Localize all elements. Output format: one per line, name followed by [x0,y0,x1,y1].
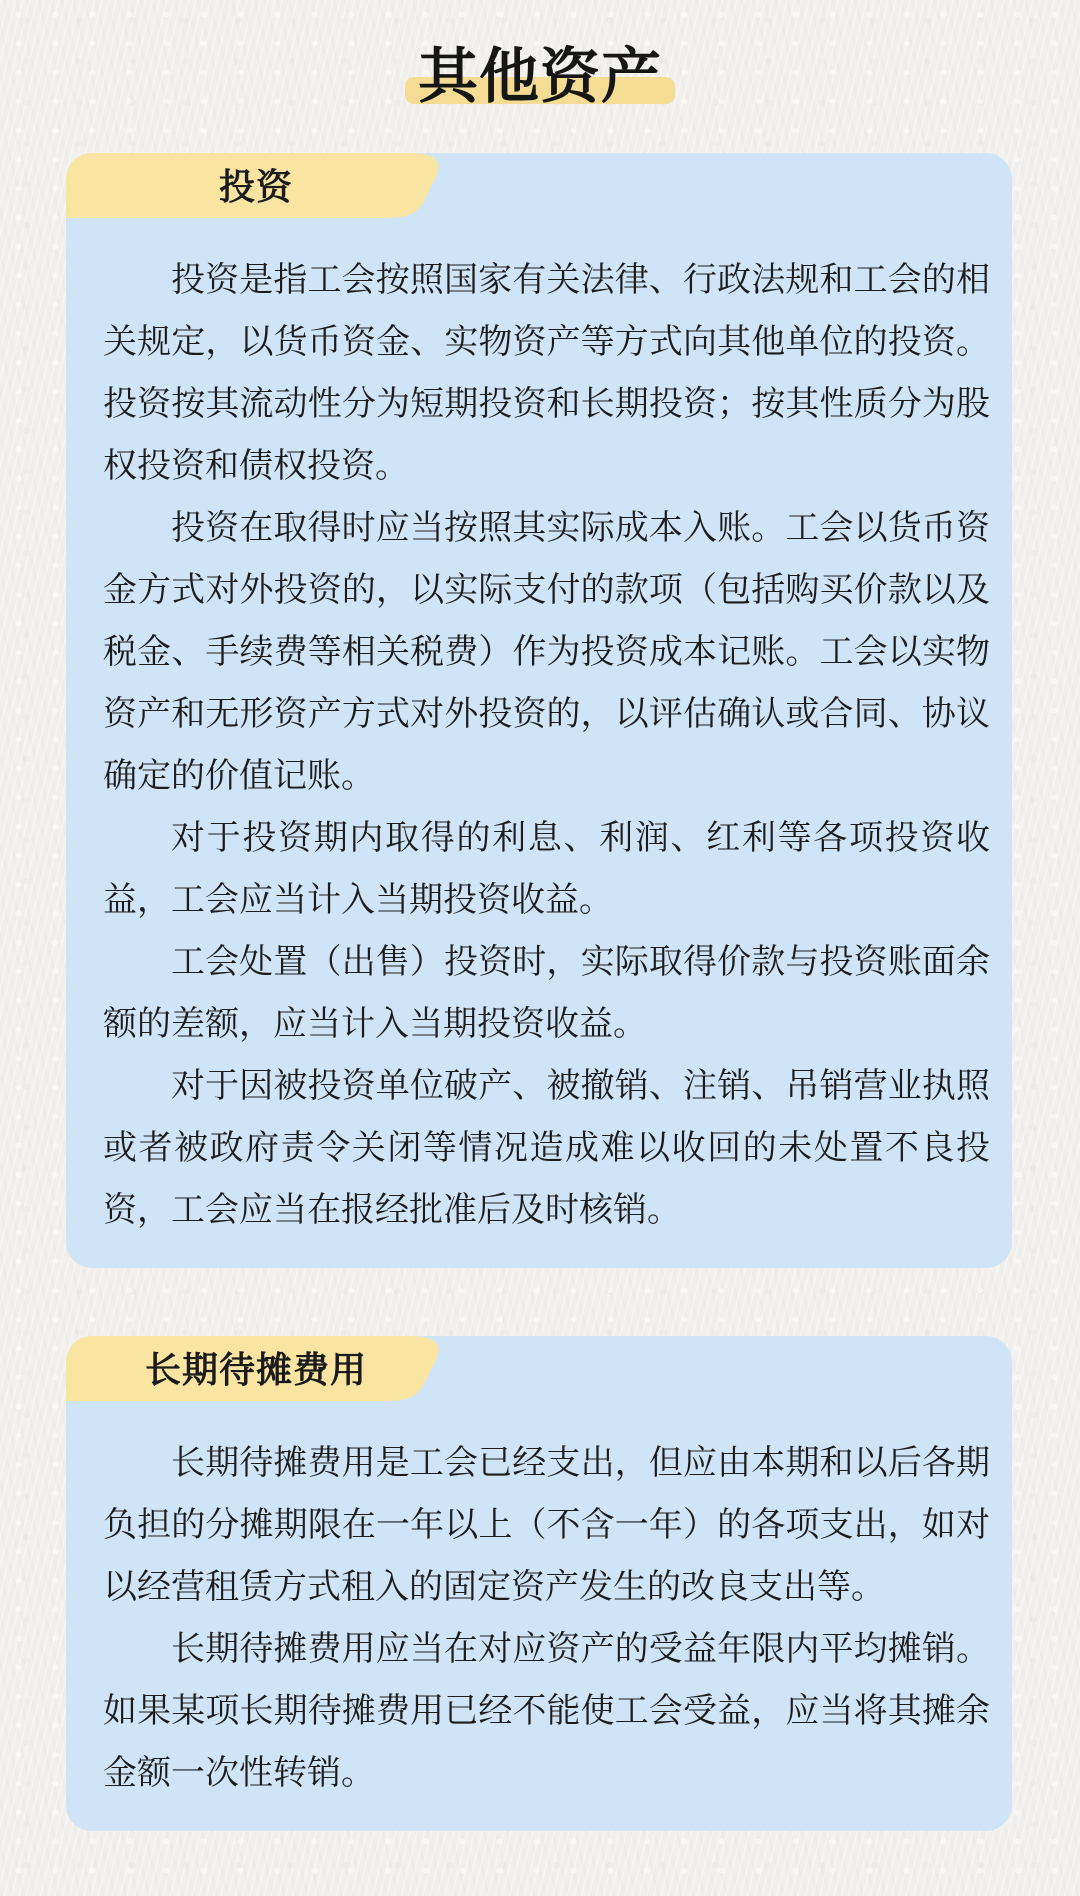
section-body-investment: 投资是指工会按照国家有关法律、行政法规和工会的相关规定，以货币资金、实物资产等方… [103,249,990,1241]
paragraph: 工会处置（出售）投资时，实际取得价款与投资账面余额的差额，应当计入当期投资收益。 [103,931,990,1055]
paragraph: 投资是指工会按照国家有关法律、行政法规和工会的相关规定，以货币资金、实物资产等方… [103,249,990,497]
section-tab-deferred-expenses: 长期待摊费用 [66,1336,446,1401]
section-card-deferred-expenses: 长期待摊费用 长期待摊费用是工会已经支出，但应由本期和以后各期负担的分摊期限在一… [66,1336,1012,1831]
section-tab-label: 长期待摊费用 [66,1336,446,1401]
section-body-deferred-expenses: 长期待摊费用是工会已经支出，但应由本期和以后各期负担的分摊期限在一年以上（不含一… [103,1432,990,1804]
paragraph: 对于因被投资单位破产、被撤销、注销、吊销营业执照或者被政府责令关闭等情况造成难以… [103,1055,990,1241]
paragraph: 投资在取得时应当按照其实际成本入账。工会以货币资金方式对外投资的，以实际支付的款… [103,497,990,807]
section-tab-label: 投资 [66,153,446,218]
paragraph: 长期待摊费用应当在对应资产的受益年限内平均摊销。如果某项长期待摊费用已经不能使工… [103,1618,990,1804]
page-title: 其他资产 [0,40,1080,114]
paragraph: 长期待摊费用是工会已经支出，但应由本期和以后各期负担的分摊期限在一年以上（不含一… [103,1432,990,1618]
paragraph: 对于投资期内取得的利息、利润、红利等各项投资收益，工会应当计入当期投资收益。 [103,807,990,931]
page-header: 其他资产 [0,40,1080,114]
section-tab-investment: 投资 [66,153,446,218]
section-card-investment: 投资 投资是指工会按照国家有关法律、行政法规和工会的相关规定，以货币资金、实物资… [66,153,1012,1268]
